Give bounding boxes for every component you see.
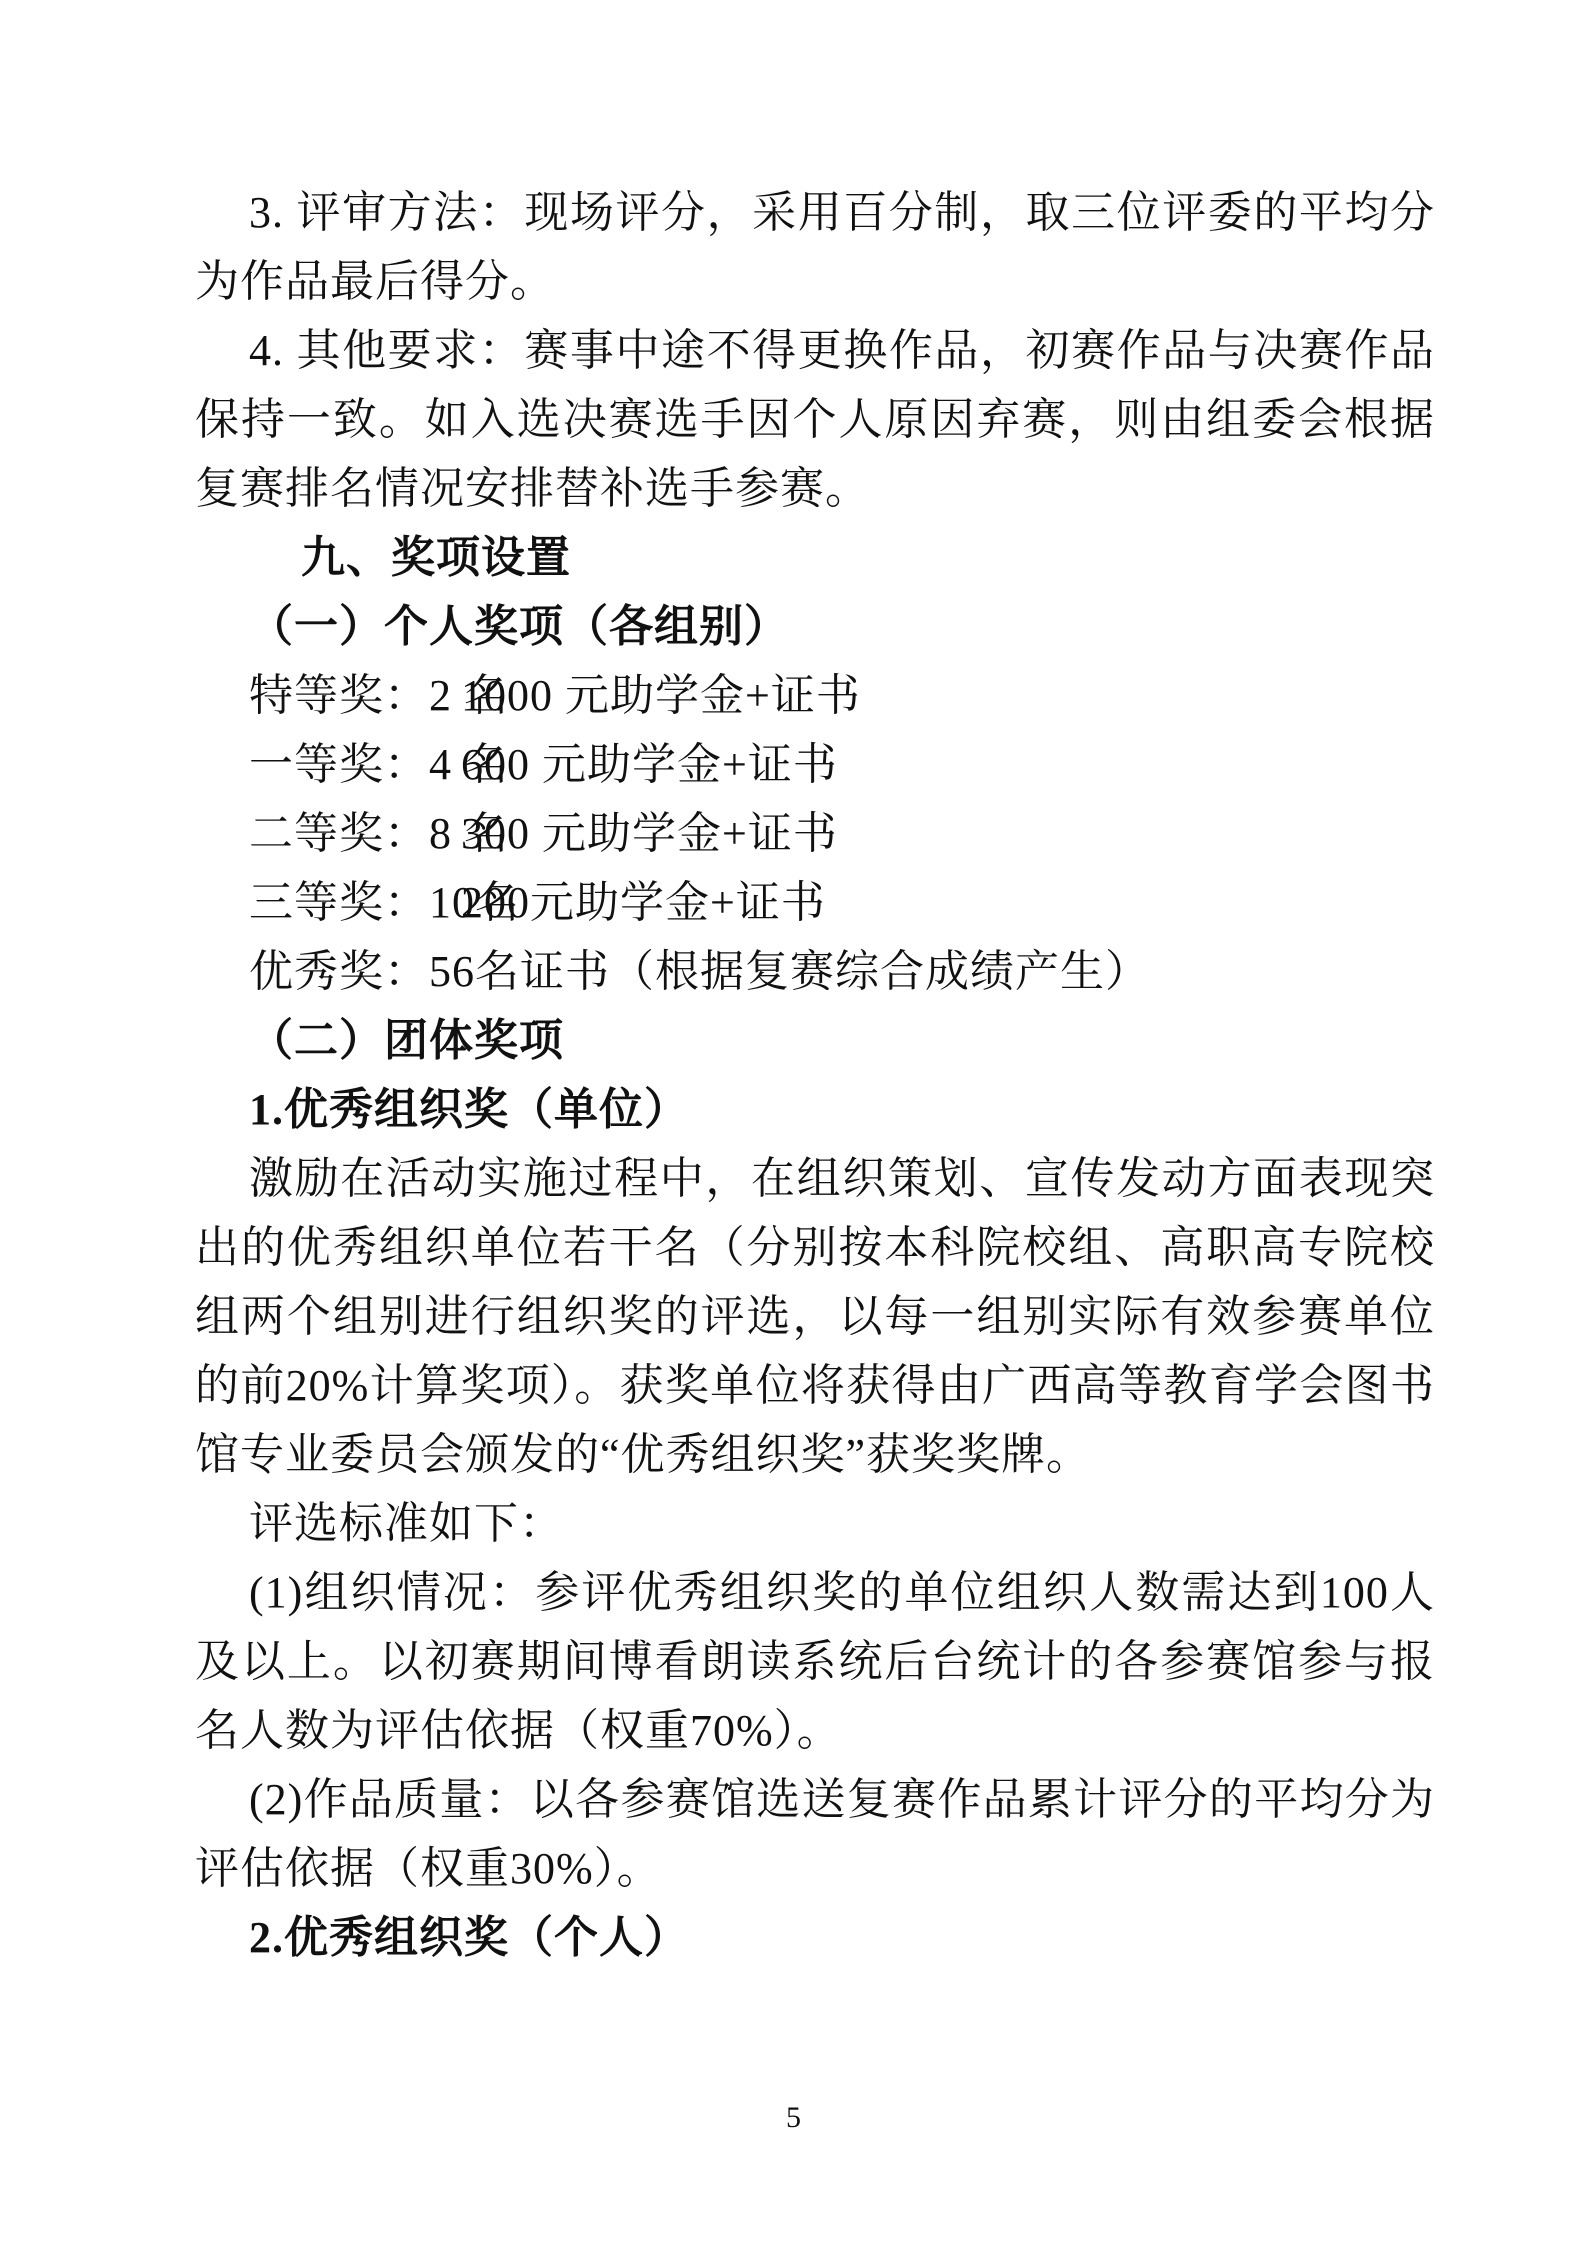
- award-row-first-prize: 一等奖：4 名 600 元助学金+证书: [195, 730, 1435, 799]
- paragraph-org-award-description: 激励在活动实施过程中，在组织策划、宣传发动方面表现突出的优秀组织单位若干名（分别…: [195, 1144, 1435, 1489]
- document-page: 3. 评审方法：现场评分，采用百分制，取三位评委的平均分为作品最后得分。 4. …: [0, 0, 1587, 2245]
- award-row-second-prize: 二等奖：8 名 300 元助学金+证书: [195, 799, 1435, 868]
- paragraph-criteria-1-organization: (1)组织情况：参评优秀组织奖的单位组织人数需达到100人及以上。以初赛期间博看…: [195, 1558, 1435, 1765]
- paragraph-other-requirements: 4. 其他要求：赛事中途不得更换作品，初赛作品与决赛作品保持一致。如入选决赛选手…: [195, 316, 1435, 523]
- award-prize-label: 600 元助学金+证书: [461, 730, 1435, 799]
- award-rank-label: 一等奖：4 名: [249, 730, 461, 799]
- award-prize-label: 200元助学金+证书: [461, 868, 1435, 937]
- paragraph-criteria-intro: 评选标准如下：: [195, 1489, 1435, 1558]
- award-row-special-prize: 特等奖：2 名 1000 元助学金+证书: [195, 661, 1435, 730]
- award-row-excellence-prize: 优秀奖：56名证书（根据复赛综合成绩产生）: [195, 937, 1435, 1006]
- award-rank-label: 特等奖：2 名: [249, 661, 461, 730]
- award-rank-label: 二等奖：8 名: [249, 799, 461, 868]
- document-body: 3. 评审方法：现场评分，采用百分制，取三位评委的平均分为作品最后得分。 4. …: [195, 178, 1435, 1972]
- award-row-third-prize: 三等奖：10名 200元助学金+证书: [195, 868, 1435, 937]
- heading-org-award-individual: 2.优秀组织奖（个人）: [195, 1903, 1435, 1972]
- heading-group-awards: （二）团体奖项: [195, 1006, 1435, 1075]
- heading-section-9-awards: 九、奖项设置: [195, 523, 1435, 592]
- award-prize-label: 300 元助学金+证书: [461, 799, 1435, 868]
- heading-individual-awards: （一）个人奖项（各组别）: [195, 592, 1435, 661]
- paragraph-review-method: 3. 评审方法：现场评分，采用百分制，取三位评委的平均分为作品最后得分。: [195, 178, 1435, 316]
- paragraph-criteria-2-quality: (2)作品质量：以各参赛馆选送复赛作品累计评分的平均分为评估依据（权重30%）。: [195, 1765, 1435, 1903]
- award-prize-label: 1000 元助学金+证书: [461, 661, 1435, 730]
- award-rank-label: 三等奖：10名: [249, 868, 461, 937]
- page-number: 5: [0, 2100, 1587, 2136]
- heading-org-award-unit: 1.优秀组织奖（单位）: [195, 1075, 1435, 1144]
